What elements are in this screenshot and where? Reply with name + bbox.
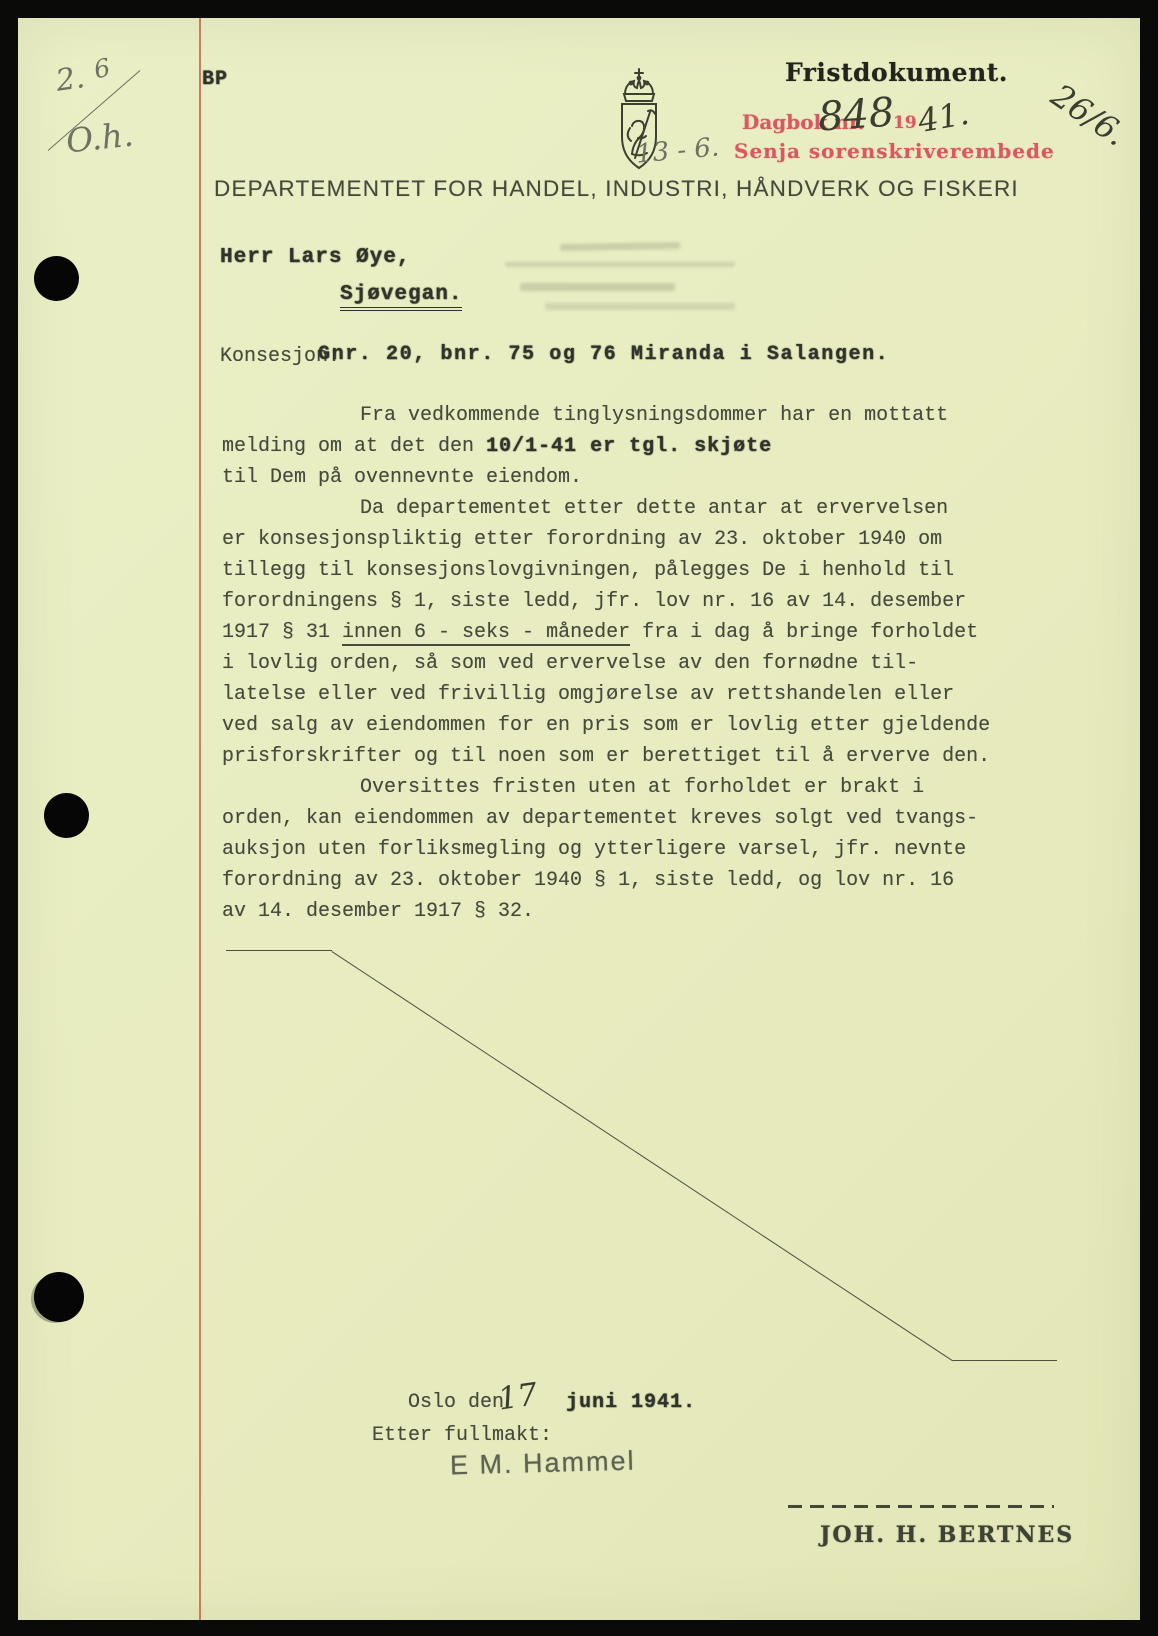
typed-insertion: 10/1-41 er tgl. skjøte <box>486 435 772 458</box>
letter-body: Fra vedkommende tinglysningsdommer har e… <box>222 404 1052 931</box>
punch-hole <box>44 793 89 838</box>
margin-rule <box>199 18 201 1620</box>
subject-value: Gnr. 20, bnr. 75 og 76 Miranda i Salange… <box>318 343 889 366</box>
underlined-deadline: innen 6 - seks - måneder <box>342 621 630 646</box>
faint-stamp-smudge <box>505 262 735 267</box>
body-line: forordning av 23. oktober 1940 § 1, sist… <box>222 869 1052 900</box>
journal-number-handwritten: 848 <box>816 89 895 140</box>
body-line-text: melding om at det den <box>222 435 486 458</box>
journal-year-prefix: 19 <box>893 113 917 133</box>
body-line: latelse eller ved frivillig omgjørelse a… <box>222 683 1052 714</box>
body-line: til Dem på ovennevnte eiendom. <box>222 466 1052 497</box>
body-line: er konsesjonspliktig etter forordning av… <box>222 528 1052 559</box>
body-line: i lovlig orden, så som ved ervervelse av… <box>222 652 1052 683</box>
faint-stamp-smudge <box>545 303 735 310</box>
body-line-text: 1917 § 31 <box>222 621 342 644</box>
signature-rule <box>788 1505 1054 1508</box>
handwritten-initials: O.h. <box>64 115 135 161</box>
signature-stamp: E M. Hammel <box>450 1446 636 1482</box>
handwritten-figure: 2. <box>54 60 87 99</box>
authority-label: Etter fullmakt: <box>372 1424 552 1447</box>
body-line: tillegg til konsesjonslovgivningen, påle… <box>222 559 1052 590</box>
body-line: Oversittes fristen uten at forholdet er … <box>222 776 1052 807</box>
body-line: 1917 § 31 innen 6 - seks - måneder fra i… <box>222 621 1052 652</box>
registrar-name-stamp: JOH. H. BERTNES <box>820 1522 1074 1548</box>
typed-month-year: juni 1941. <box>566 1391 696 1414</box>
body-line: forordningens § 1, siste ledd, jfr. lov … <box>222 590 1052 621</box>
punch-hole <box>34 1272 84 1322</box>
body-line: Fra vedkommende tinglysningsdommer har e… <box>222 404 1052 435</box>
letterhead-title: DEPARTEMENTET FOR HANDEL, INDUSTRI, HÅND… <box>214 176 1019 202</box>
recipient-place: Sjøvegan. <box>340 283 462 311</box>
strike-line-segment <box>226 950 332 951</box>
date-place-label: Oslo den <box>408 1391 504 1414</box>
handwritten-day: 17 <box>496 1376 540 1417</box>
body-line: orden, kan eiendommen av departementet k… <box>222 807 1052 838</box>
body-line: melding om at det den 10/1-41 er tgl. sk… <box>222 435 1052 466</box>
punch-hole <box>34 256 79 301</box>
faint-stamp-smudge <box>520 283 675 291</box>
scanned-document-page: 2. 6 O.h. BP 13 - 6. Fristdokument. Dagb… <box>0 0 1158 1636</box>
body-line: auksjon uten forliksmegling og ytterlige… <box>222 838 1052 869</box>
body-line: av 14. desember 1917 § 32. <box>222 900 1052 931</box>
journal-stamp-office: Senja sorenskriverembede <box>734 139 1055 163</box>
recipient-name: Herr Lars Øye, <box>220 246 410 269</box>
body-line: prisforskrifter og til noen som er beret… <box>222 745 1052 776</box>
doc-type-label: Fristdokument. <box>785 58 1008 87</box>
bp-mark: BP <box>202 68 228 91</box>
body-line: Da departementet etter dette antar at er… <box>222 497 1052 528</box>
strike-line-segment <box>953 1360 1057 1361</box>
body-line: ved salg av eiendommen for en pris som e… <box>222 714 1052 745</box>
body-line-text: fra i dag å bringe forholdet <box>630 621 978 644</box>
